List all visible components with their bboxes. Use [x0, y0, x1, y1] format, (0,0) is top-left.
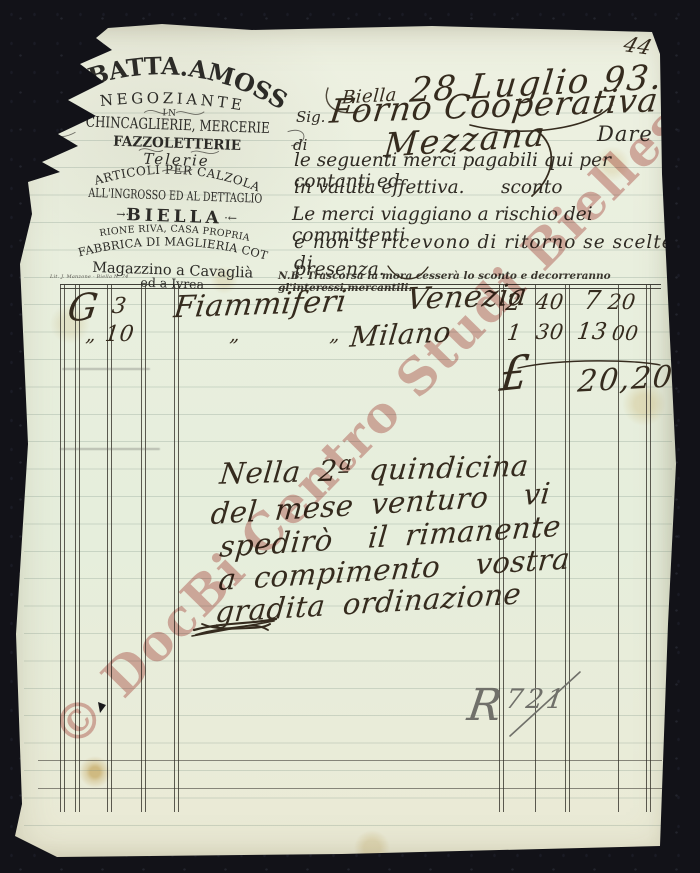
pencil-smudge [62, 368, 150, 370]
item2-unit-cent: 30 [535, 320, 566, 344]
total-currency: £ [497, 344, 532, 402]
reference-number: 721 [504, 684, 569, 715]
table-vline [60, 285, 65, 812]
table-dark-rule [38, 788, 662, 789]
item1-qty: 3 [110, 294, 128, 319]
table-vline [174, 285, 179, 812]
table-vline [141, 285, 146, 812]
item1-unit-cent: 40 [535, 290, 566, 314]
biella-ornament-right: ·← [224, 212, 237, 225]
table-dark-rule [38, 760, 662, 761]
pencil-smudge [60, 448, 160, 450]
table-vline [75, 285, 80, 812]
page-number: 44 [620, 32, 655, 59]
item2-description: Milano [348, 315, 453, 354]
item1-unit-lire: 2 [504, 290, 522, 316]
paper-sheet: G.BATTA.AMOSSO NEGOZIANTE IN CHINCAGLIER… [12, 24, 680, 862]
item2-cent: 00 [611, 321, 640, 345]
table-vline [107, 285, 112, 812]
terms-line2: in valuta effettiva. [294, 177, 465, 198]
sig-label: Sig. [296, 108, 325, 126]
scanned-invoice-page: { "page_number": "44", "letterhead": { "… [0, 0, 700, 873]
dare-label: Dare [597, 122, 653, 146]
item2-qty: 10 [103, 322, 135, 347]
printer-credit: Lit. J. Manzone - Biella N. 74 [50, 274, 129, 280]
item2-unit-lire: 1 [505, 321, 523, 346]
letterhead-sale-mode: ALL'INGROSSO ED AL DETTAGLIO [87, 185, 262, 206]
total-amount: 20,20 [576, 359, 675, 399]
item1-cent: 20 [607, 290, 638, 314]
item2-lire: 13 [575, 319, 608, 345]
sconto-label: sconto [501, 177, 562, 198]
